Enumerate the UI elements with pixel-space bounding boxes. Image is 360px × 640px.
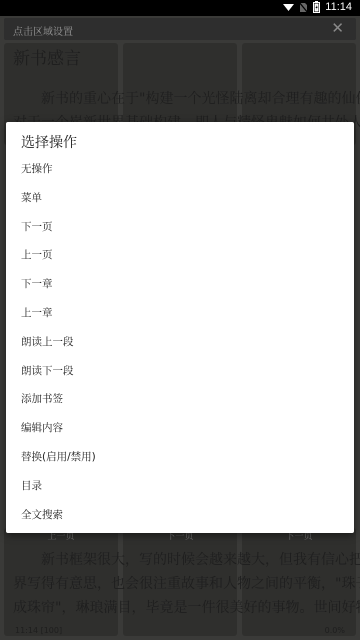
battery-icon (313, 1, 320, 13)
close-icon[interactable]: ✕ (331, 19, 344, 37)
action-edit-content[interactable]: 编辑内容 (6, 414, 354, 443)
status-bar: 11:14 (0, 0, 360, 16)
book-text-line: 界写得有意思，也会很注重故事和人物之间的平衡，"珠子以线串 (13, 573, 360, 593)
action-full-text-search[interactable]: 全文搜索 (6, 501, 354, 530)
action-next-chapter[interactable]: 下一章 (6, 270, 354, 299)
action-prev-page[interactable]: 上一页 (6, 241, 354, 270)
book-text-line: 新书框架很大，写的时候会越来越大，但我有信心把那个世 (13, 549, 360, 569)
clock: 11:14 (325, 1, 352, 13)
action-toggle-replace[interactable]: 替换(启用/禁用) (6, 443, 354, 472)
action-read-prev-paragraph[interactable]: 朗读上一段 (6, 328, 354, 357)
action-next-page[interactable]: 下一页 (6, 213, 354, 242)
action-table-of-contents[interactable]: 目录 (6, 472, 354, 501)
action-none[interactable]: 无操作 (6, 155, 354, 184)
footer-time: 11:14 [100] (15, 626, 62, 635)
click-area-settings-bar: 点击区域设置 ✕ (4, 18, 356, 40)
select-action-dialog: 选择操作 无操作 菜单 下一页 上一页 下一章 上一章 朗读上一段 朗读下一段 … (6, 122, 354, 533)
action-read-next-paragraph[interactable]: 朗读下一段 (6, 357, 354, 386)
dialog-title: 选择操作 (21, 132, 77, 152)
action-menu[interactable]: 菜单 (6, 184, 354, 213)
chapter-title: 新书感言 (13, 44, 81, 69)
no-sim-icon (299, 2, 308, 13)
wifi-icon (283, 3, 294, 12)
status-icons: 11:14 (283, 1, 352, 13)
action-prev-chapter[interactable]: 上一章 (6, 299, 354, 328)
click-area-settings-title: 点击区域设置 (13, 23, 73, 38)
book-text-line: 新书的重心在于"构建一个光怪陆离却合理有趣的仙侠世界"， (13, 88, 360, 108)
action-add-bookmark[interactable]: 添加书签 (6, 385, 354, 414)
footer-progress: 0.0% (325, 626, 345, 635)
book-text-line: 成珠帘"，琳琅满目，毕竟是一件很美好的事物。世间好物不坚 (13, 597, 360, 617)
